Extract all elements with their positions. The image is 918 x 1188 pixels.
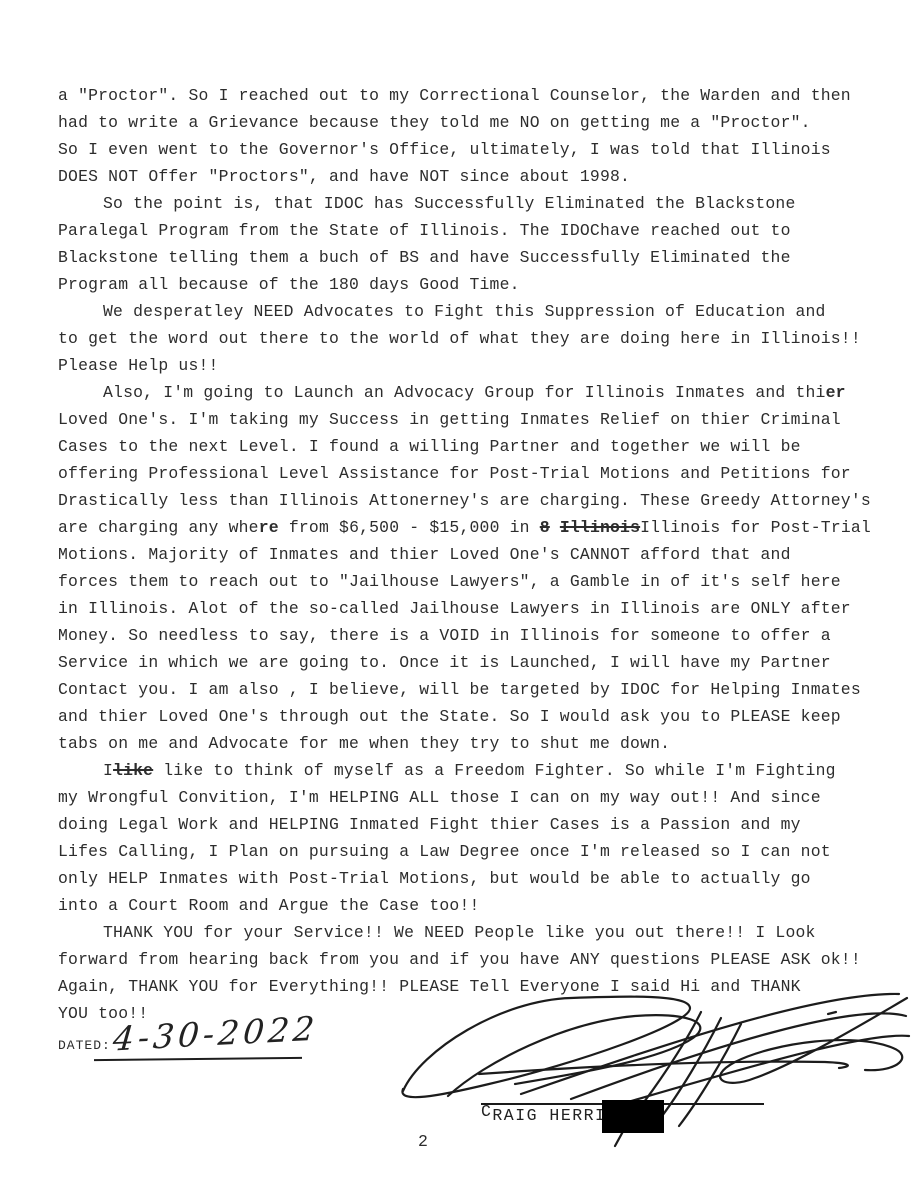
dated-label: DATED: [58, 1038, 111, 1053]
text-segment: Service in which we are going to. Once i… [58, 653, 831, 672]
document-line: only HELP Inmates with Post-Trial Motion… [58, 865, 873, 892]
signature-name-initial: C [481, 1102, 492, 1121]
document-line: Contact you. I am also , I believe, will… [58, 676, 873, 703]
text-segment: into a Court Room and Argue the Case too… [58, 896, 480, 915]
document-line: THANK YOU for your Service!! We NEED Peo… [58, 919, 873, 946]
text-segment: like to think of myself as a Freedom Fig… [153, 761, 835, 780]
document-line: forward from hearing back from you and i… [58, 946, 873, 973]
text-segment: DOES NOT Offer "Proctors", and have NOT … [58, 167, 630, 186]
document-line: DOES NOT Offer "Proctors", and have NOT … [58, 163, 873, 190]
text-segment: THANK YOU for your Service!! We NEED Peo… [103, 923, 816, 942]
text-segment: forces them to reach out to "Jailhouse L… [58, 572, 841, 591]
dated-block: DATED: 4-30-2022 [58, 1036, 111, 1054]
document-line: Drastically less than Illinois Attonerne… [58, 487, 873, 514]
text-segment: a "Proctor". So I reached out to my Corr… [58, 86, 851, 105]
document-line: We desperatley NEED Advocates to Fight t… [58, 298, 873, 325]
text-segment: 8 [540, 518, 550, 537]
document-line: offering Professional Level Assistance f… [58, 460, 873, 487]
text-segment: Also, I'm going to Launch an Advocacy Gr… [103, 383, 826, 402]
document-line: Lifes Calling, I Plan on pursuing a Law … [58, 838, 873, 865]
text-segment: like [113, 761, 153, 780]
text-segment: Drastically less than Illinois Attonerne… [58, 491, 871, 510]
document-line: So I even went to the Governor's Office,… [58, 136, 873, 163]
document-line: Program all because of the 180 days Good… [58, 271, 873, 298]
text-segment: are charging any whe [58, 518, 259, 537]
document-line: a "Proctor". So I reached out to my Corr… [58, 82, 873, 109]
text-segment: Please Help us!! [58, 356, 219, 375]
text-segment: in Illinois. Alot of the so-called Jailh… [58, 599, 851, 618]
document-line: forces them to reach out to "Jailhouse L… [58, 568, 873, 595]
document-line: had to write a Grievance because they to… [58, 109, 873, 136]
text-segment: Paralegal Program from the State of Illi… [58, 221, 791, 240]
text-segment: and thier Loved One's through out the St… [58, 707, 841, 726]
document-line: So the point is, that IDOC has Successfu… [58, 190, 873, 217]
text-segment: re [259, 518, 279, 537]
document-line: and thier Loved One's through out the St… [58, 703, 873, 730]
document-line: Motions. Majority of Inmates and thier L… [58, 541, 873, 568]
text-segment: Program all because of the 180 days Good… [58, 275, 520, 294]
redaction-box [602, 1100, 664, 1133]
page-number: 2 [418, 1132, 428, 1151]
text-segment: Loved One's. I'm taking my Success in ge… [58, 410, 841, 429]
document-line: Please Help us!! [58, 352, 873, 379]
text-segment: tabs on me and Advocate for me when they… [58, 734, 670, 753]
text-segment: We desperatley NEED Advocates to Fight t… [103, 302, 826, 321]
document-line: tabs on me and Advocate for me when they… [58, 730, 873, 757]
text-segment: Blackstone telling them a buch of BS and… [58, 248, 791, 267]
text-segment [550, 518, 560, 537]
document-line: Cases to the next Level. I found a willi… [58, 433, 873, 460]
text-segment: Cases to the next Level. I found a willi… [58, 437, 801, 456]
text-segment: Lifes Calling, I Plan on pursuing a Law … [58, 842, 831, 861]
document-line: Paralegal Program from the State of Illi… [58, 217, 873, 244]
document-line: in Illinois. Alot of the so-called Jailh… [58, 595, 873, 622]
text-segment: had to write a Grievance because they to… [58, 113, 811, 132]
text-segment: Money. So needless to say, there is a VO… [58, 626, 831, 645]
text-segment: doing Legal Work and HELPING Inmated Fig… [58, 815, 801, 834]
document-line: Blackstone telling them a buch of BS and… [58, 244, 873, 271]
document-line: Service in which we are going to. Once i… [58, 649, 873, 676]
document-line: to get the word out there to the world o… [58, 325, 873, 352]
text-segment: to get the word out there to the world o… [58, 329, 861, 348]
text-segment: er [826, 383, 846, 402]
text-segment: Illinois for Post-Trial [640, 518, 871, 537]
text-segment: I [103, 761, 113, 780]
document-line: are charging any where from $6,500 - $15… [58, 514, 873, 541]
text-segment: So I even went to the Governor's Office,… [58, 140, 831, 159]
document-line: doing Legal Work and HELPING Inmated Fig… [58, 811, 873, 838]
text-segment: forward from hearing back from you and i… [58, 950, 861, 969]
document-line: Also, I'm going to Launch an Advocacy Gr… [58, 379, 873, 406]
document-line: Loved One's. I'm taking my Success in ge… [58, 406, 873, 433]
letter-page: a "Proctor". So I reached out to my Corr… [0, 0, 918, 1188]
text-segment: Illinois [560, 518, 640, 537]
text-segment: Contact you. I am also , I believe, will… [58, 680, 861, 699]
document-line: my Wrongful Convition, I'm HELPING ALL t… [58, 784, 873, 811]
text-segment: my Wrongful Convition, I'm HELPING ALL t… [58, 788, 821, 807]
text-segment: offering Professional Level Assistance f… [58, 464, 851, 483]
letter-body: a "Proctor". So I reached out to my Corr… [58, 82, 873, 1027]
text-segment: Motions. Majority of Inmates and thier L… [58, 545, 791, 564]
text-segment: only HELP Inmates with Post-Trial Motion… [58, 869, 811, 888]
text-segment: So the point is, that IDOC has Successfu… [103, 194, 795, 213]
document-line: into a Court Room and Argue the Case too… [58, 892, 873, 919]
text-segment: from $6,500 - $15,000 in [279, 518, 540, 537]
document-line: Money. So needless to say, there is a VO… [58, 622, 873, 649]
document-line: Ilike like to think of myself as a Freed… [58, 757, 873, 784]
